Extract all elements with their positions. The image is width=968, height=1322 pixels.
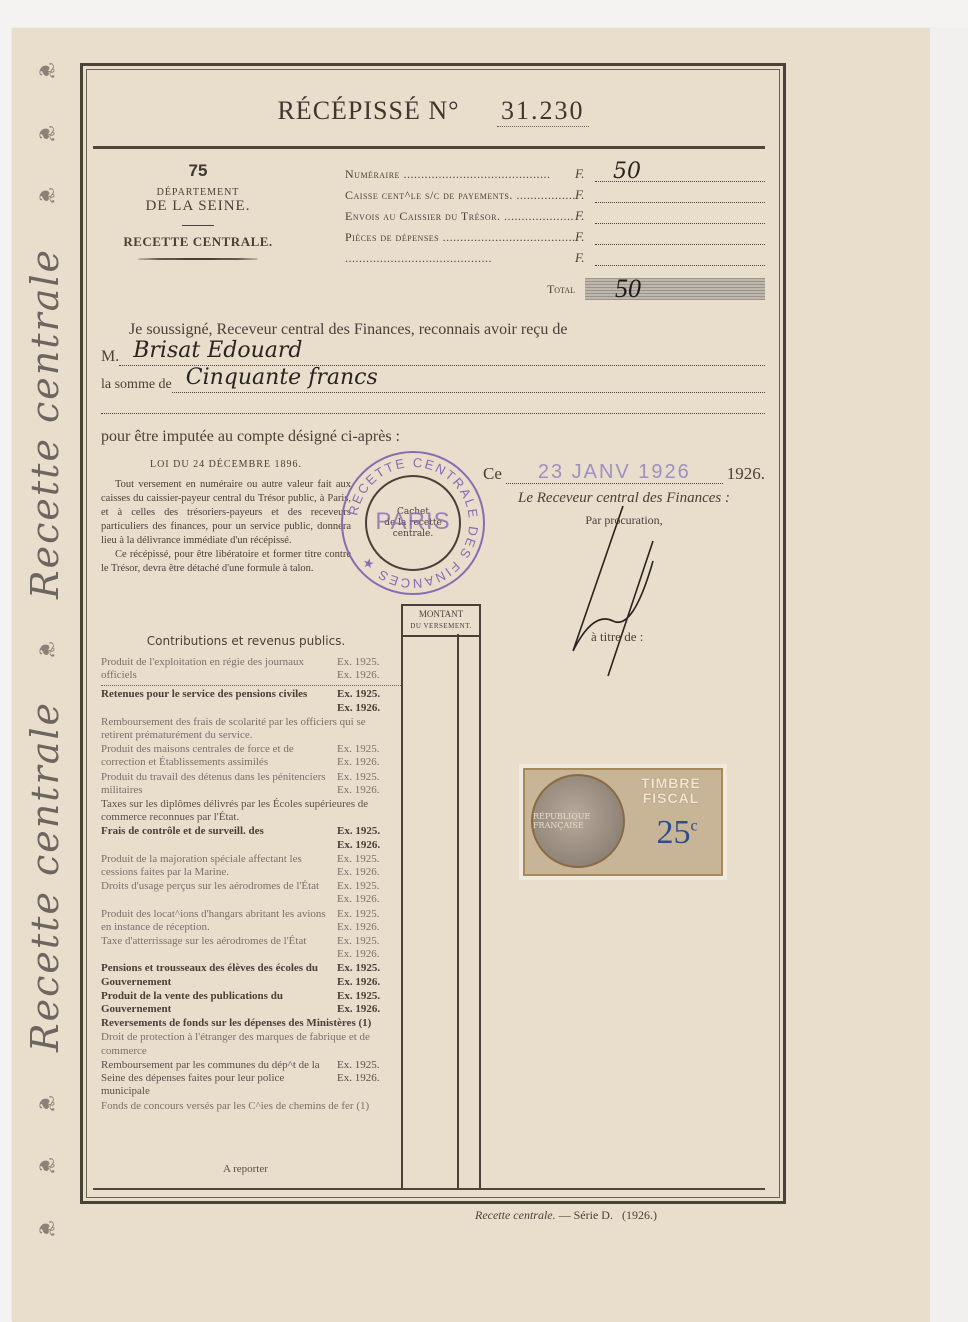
fiscal-stamp: RÉPUBLIQUE FRANÇAISE TIMBRE FISCAL 25c bbox=[523, 768, 723, 876]
amount-column-divider bbox=[457, 634, 459, 1188]
ledger-row: Produit de la vente des publications du … bbox=[101, 990, 401, 1017]
palmette-icon: ❦ bbox=[34, 1220, 56, 1238]
sum-label: la somme de bbox=[101, 377, 172, 393]
currency-label: F. bbox=[575, 166, 595, 182]
department-block: 75 DÉPARTEMENT DE LA SEINE. RECETTE CENT… bbox=[103, 161, 293, 260]
sum-line-continued bbox=[101, 393, 765, 414]
divider bbox=[182, 225, 214, 226]
ledger-row: Produit des locat^ions d'hangars abritan… bbox=[101, 908, 401, 935]
date-line: Ce 23 JANV 1926 1926. bbox=[483, 461, 765, 484]
montant-header: MONTANT DU VERSEMENT. bbox=[401, 604, 481, 637]
footer-series: — Série D. bbox=[559, 1208, 613, 1222]
ledger-row: Frais de contrôle et de surveill. desEx.… bbox=[101, 825, 401, 852]
purpose-text: pour être imputée au compte désigné ci-a… bbox=[101, 428, 765, 446]
sum-continuation-field[interactable] bbox=[101, 393, 765, 414]
payment-label: Numéraire bbox=[345, 167, 575, 182]
payment-label: Envois au Caissier du Trésor. bbox=[345, 209, 575, 224]
receipt-title: RÉCÉPISSÉ N° 31.230 bbox=[83, 96, 783, 127]
title-rule bbox=[93, 146, 765, 149]
ledger-row: Reversements de fonds sur les dépenses d… bbox=[101, 1017, 401, 1031]
ledger-row: Droits d'usage perçus sur les aérodromes… bbox=[101, 880, 401, 907]
receipt-number: 31.230 bbox=[497, 96, 589, 127]
marianne-medallion-icon: RÉPUBLIQUE FRANÇAISE bbox=[531, 774, 625, 868]
montant-header-line1: MONTANT bbox=[403, 608, 479, 620]
department-label: DÉPARTEMENT bbox=[103, 187, 293, 198]
ledger-row: Fonds de concours versés par les C^ies d… bbox=[101, 1100, 401, 1114]
payer-label: M. bbox=[101, 348, 119, 366]
fiscal-stamp-title: TIMBRE FISCAL bbox=[625, 776, 717, 806]
palmette-icon: ❦ bbox=[34, 124, 56, 142]
footer: Recette centrale. — Série D. (1926.) bbox=[475, 1208, 657, 1223]
flourish-divider bbox=[138, 258, 258, 260]
payment-amount-field[interactable] bbox=[595, 226, 765, 245]
total-label: Total bbox=[345, 282, 585, 297]
bottom-rule bbox=[93, 1188, 765, 1190]
cachet-stamp: RECETTE CENTRALE DES FINANCES ★ Cachet d… bbox=[341, 451, 485, 595]
law-paragraph: Ce récépissé, pour être libératoire et f… bbox=[101, 548, 351, 576]
sum-words-field[interactable]: Cinquante francs bbox=[172, 366, 765, 393]
law-notice: LOI DU 24 DÉCEMBRE 1896. Tout versement … bbox=[101, 458, 351, 576]
stamp-city: PARIS bbox=[363, 508, 463, 536]
currency-label: F. bbox=[575, 187, 595, 203]
titre-de-label: à titre de : bbox=[591, 629, 643, 645]
ledger-row: Taxes sur les diplômes délivrés par les … bbox=[101, 798, 401, 825]
payment-amount-field[interactable] bbox=[595, 205, 765, 224]
signature-icon bbox=[553, 501, 673, 681]
payment-amount-field[interactable] bbox=[595, 247, 765, 266]
payment-line-blank: F. bbox=[345, 245, 765, 266]
ledger-row: Produit du travail des détenus dans les … bbox=[101, 771, 401, 798]
ledger-row: Pensions et trousseaux des élèves des éc… bbox=[101, 962, 401, 989]
law-title: LOI DU 24 DÉCEMBRE 1896. bbox=[101, 458, 351, 472]
date-stamp-field[interactable]: 23 JANV 1926 bbox=[506, 461, 723, 484]
margin-script-text: Recette centrale bbox=[23, 248, 67, 599]
declaration-intro: Je soussigné, Receveur central des Finan… bbox=[101, 321, 765, 339]
payment-line-caisse: Caisse cent^le s/c de payements. F. bbox=[345, 182, 765, 203]
amount-column bbox=[401, 634, 481, 1188]
total-row: Total 50 bbox=[345, 278, 765, 300]
currency-label: F. bbox=[575, 208, 595, 224]
sum-line: la somme de Cinquante francs bbox=[101, 366, 765, 393]
payment-label bbox=[345, 251, 575, 266]
law-paragraph: Tout versement en numéraire ou autre val… bbox=[101, 478, 351, 548]
payment-amount-field[interactable]: 50 bbox=[595, 163, 765, 182]
footer-office: Recette centrale. bbox=[475, 1208, 556, 1222]
ledger-row: Droit de protection à l'étranger des mar… bbox=[101, 1031, 401, 1058]
palmette-icon: ❦ bbox=[34, 1095, 56, 1113]
payment-label: Caisse cent^le s/c de payements. bbox=[345, 188, 575, 203]
ledger-row: Remboursement par les communes du dép^t … bbox=[101, 1059, 401, 1100]
ledger-row: Produit de l'exploitation en régie des j… bbox=[101, 656, 401, 683]
margin-ornament: ❦ ❦ ❦ Recette centrale ❦ Recette central… bbox=[20, 60, 70, 1240]
payment-line-pieces: Pièces de dépenses F. bbox=[345, 224, 765, 245]
footer-year: (1926.) bbox=[622, 1208, 657, 1222]
receipt-frame: RÉCÉPISSÉ N° 31.230 75 DÉPARTEMENT DE LA… bbox=[80, 63, 786, 1204]
palmette-icon: ❦ bbox=[34, 641, 56, 659]
declaration-block: Je soussigné, Receveur central des Finan… bbox=[101, 321, 765, 446]
currency-label: F. bbox=[575, 229, 595, 245]
date-prefix: Ce bbox=[483, 464, 502, 484]
date-signature-block: Ce 23 JANV 1926 1926. Le Receveur centra… bbox=[483, 461, 765, 528]
payment-amount-field[interactable] bbox=[595, 184, 765, 203]
office-name: RECETTE CENTRALE. bbox=[103, 234, 293, 250]
ledger-row: Produit de la majoration spéciale affect… bbox=[101, 853, 401, 880]
scan-background bbox=[930, 28, 968, 1322]
palmette-icon: ❦ bbox=[34, 62, 56, 80]
total-amount-field[interactable]: 50 bbox=[585, 278, 765, 300]
ledger-row: Produit des maisons centrales de force e… bbox=[101, 743, 401, 770]
title-label: RÉCÉPISSÉ N° bbox=[277, 96, 459, 125]
payment-line-envois: Envois au Caissier du Trésor. F. bbox=[345, 203, 765, 224]
ledger-row: Retenues pour le service des pensions ci… bbox=[101, 688, 401, 715]
payer-line: M. Brisat Edouard bbox=[101, 339, 765, 366]
ledger-separator bbox=[101, 685, 401, 686]
ledger-list: Produit de l'exploitation en régie des j… bbox=[101, 656, 401, 1114]
payment-label: Pièces de dépenses bbox=[345, 230, 575, 245]
palmette-icon: ❦ bbox=[34, 1157, 56, 1175]
payment-line-numeraire: Numéraire F. 50 bbox=[345, 161, 765, 182]
payer-name-field[interactable]: Brisat Edouard bbox=[119, 339, 765, 366]
contributions-title: Contributions et revenus publics. bbox=[101, 634, 391, 648]
department-number: 75 bbox=[103, 161, 293, 181]
palmette-icon: ❦ bbox=[34, 187, 56, 205]
currency-label: F. bbox=[575, 250, 595, 266]
department-name: DE LA SEINE. bbox=[103, 198, 293, 215]
payment-lines: Numéraire F. 50 Caisse cent^le s/c de pa… bbox=[345, 161, 765, 266]
ledger-row: Taxe d'atterrissage sur les aérodromes d… bbox=[101, 935, 401, 962]
date-year: 1926. bbox=[727, 464, 765, 484]
margin-script-text: Recette centrale bbox=[23, 701, 67, 1052]
a-reporter-label: A reporter bbox=[223, 1163, 393, 1175]
fiscal-stamp-value: 25c bbox=[637, 814, 717, 852]
ledger-row: Remboursement des frais de scolarité par… bbox=[101, 716, 401, 743]
